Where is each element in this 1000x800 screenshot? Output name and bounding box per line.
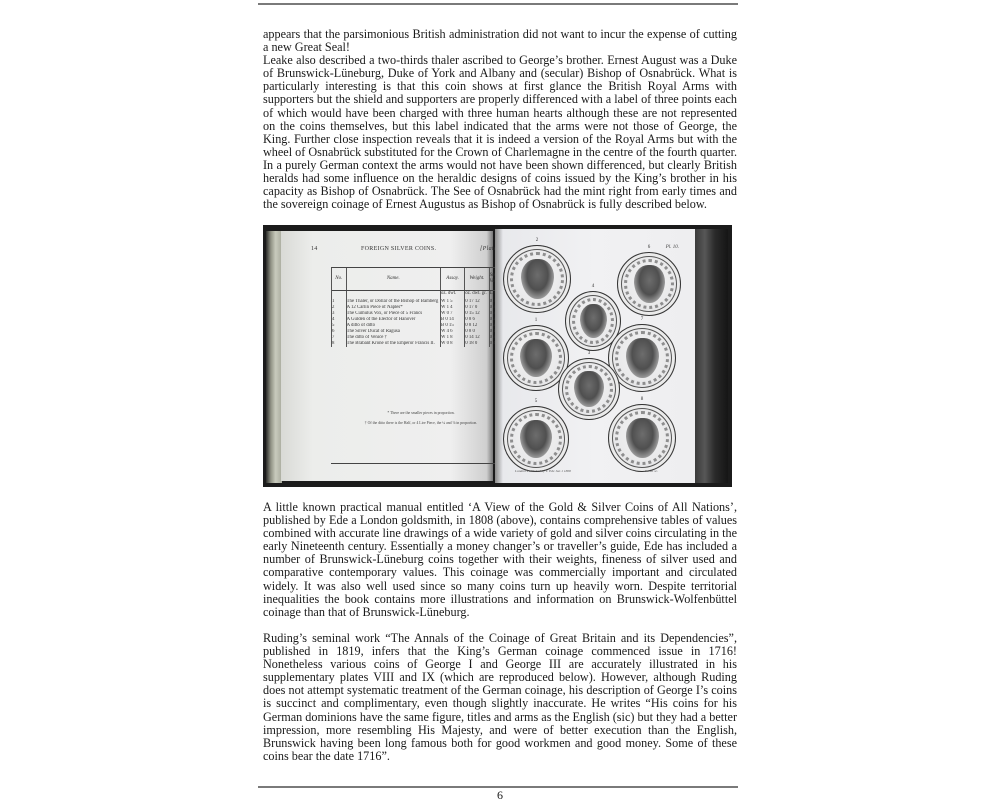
text-block-intro: appears that the parsimonious British ad…	[263, 28, 737, 211]
page-number: 6	[0, 789, 1000, 800]
plate-caption: London Published by T. Ede Jan 1 1808	[515, 469, 571, 473]
text-block-ede: A little known practical manual entitled…	[263, 501, 737, 619]
coin-illustration: 5	[503, 406, 569, 472]
book-photograph: 14 FOREIGN SILVER COINS. [Plate 10. No. …	[263, 225, 732, 487]
col-header-assay: Assay.	[441, 268, 465, 290]
cell-weight: 0 18 0	[465, 341, 489, 347]
coin-cross	[626, 418, 659, 458]
paragraph-ruding-annals: Ruding’s seminal work “The Annals of the…	[263, 632, 737, 763]
paragraph-ede-manual: A little known practical manual entitled…	[263, 501, 737, 619]
coin-lion	[626, 338, 659, 378]
col-header-weight: Weight.	[465, 268, 489, 290]
col-header-name: Name.	[347, 268, 441, 290]
coin-portrait	[580, 304, 607, 339]
coin-illustration: 2	[503, 245, 571, 313]
coin-values-table: No. Name. Assay. Weight. Sterling Value.…	[331, 267, 512, 347]
coin-number: 3	[559, 351, 619, 356]
book-edge-left	[266, 231, 282, 483]
cell-no: 8	[332, 341, 347, 347]
coin-portrait	[520, 420, 552, 458]
table-units-row: oz. dwt. oz. dwt. gr. £. s. d.	[332, 291, 512, 299]
table-header: No. Name. Assay. Weight. Sterling Value.	[332, 268, 512, 291]
coin-number: 6	[618, 245, 680, 250]
col-header-no: No.	[332, 268, 347, 290]
coin-portrait	[634, 265, 665, 302]
coin-portrait	[521, 259, 554, 299]
table-footnote: † Of the ditto there is the Half, or 4 L…	[331, 421, 511, 425]
table-body: 1 The Thaler, or Dollar of the Bishop of…	[332, 299, 512, 347]
coin-illustration: 6	[617, 252, 681, 316]
unit-assay: oz. dwt.	[441, 291, 465, 299]
table-row: 8 The Brabant Krone of the Emperor Franc…	[332, 341, 512, 347]
coin-number: 1	[504, 318, 568, 323]
coin-number: 5	[504, 399, 568, 404]
coin-number: 4	[566, 284, 620, 289]
coin-figure	[520, 339, 552, 377]
coin-number: 7	[609, 317, 675, 322]
coin-illustration: 3	[558, 358, 620, 420]
cell-assay: W 0 8	[441, 341, 465, 347]
book-edge-right	[695, 229, 728, 483]
book-right-page-coin-plate: Pl. 10. 2 6 4 1 7 3 5 8	[495, 229, 695, 483]
cell-name: The Brabant Krone of the Emperor Francis…	[347, 341, 441, 347]
text-block-ruding: Ruding’s seminal work “The Annals of the…	[263, 632, 737, 763]
left-page-number: 14	[311, 246, 318, 252]
coin-horse	[574, 371, 604, 407]
left-page-title: FOREIGN SILVER COINS.	[361, 246, 436, 252]
coin-number: 8	[609, 397, 675, 402]
book-left-page: 14 FOREIGN SILVER COINS. [Plate 10. No. …	[281, 231, 493, 481]
coin-illustration: 8	[608, 404, 676, 472]
paragraph-great-seal: appears that the parsimonious British ad…	[263, 28, 737, 54]
paragraph-leake-thaler: Leake also described a two-thirds thaler…	[263, 54, 737, 211]
table-footnote: * There are the smaller pieces in propor…	[331, 411, 511, 415]
unit-weight: oz. dwt. gr.	[465, 291, 489, 299]
plate-signature: Scratt sc.	[645, 469, 658, 473]
table-bottom-rule	[331, 463, 511, 464]
coin-number: 2	[504, 238, 570, 243]
header-rule	[258, 3, 738, 5]
